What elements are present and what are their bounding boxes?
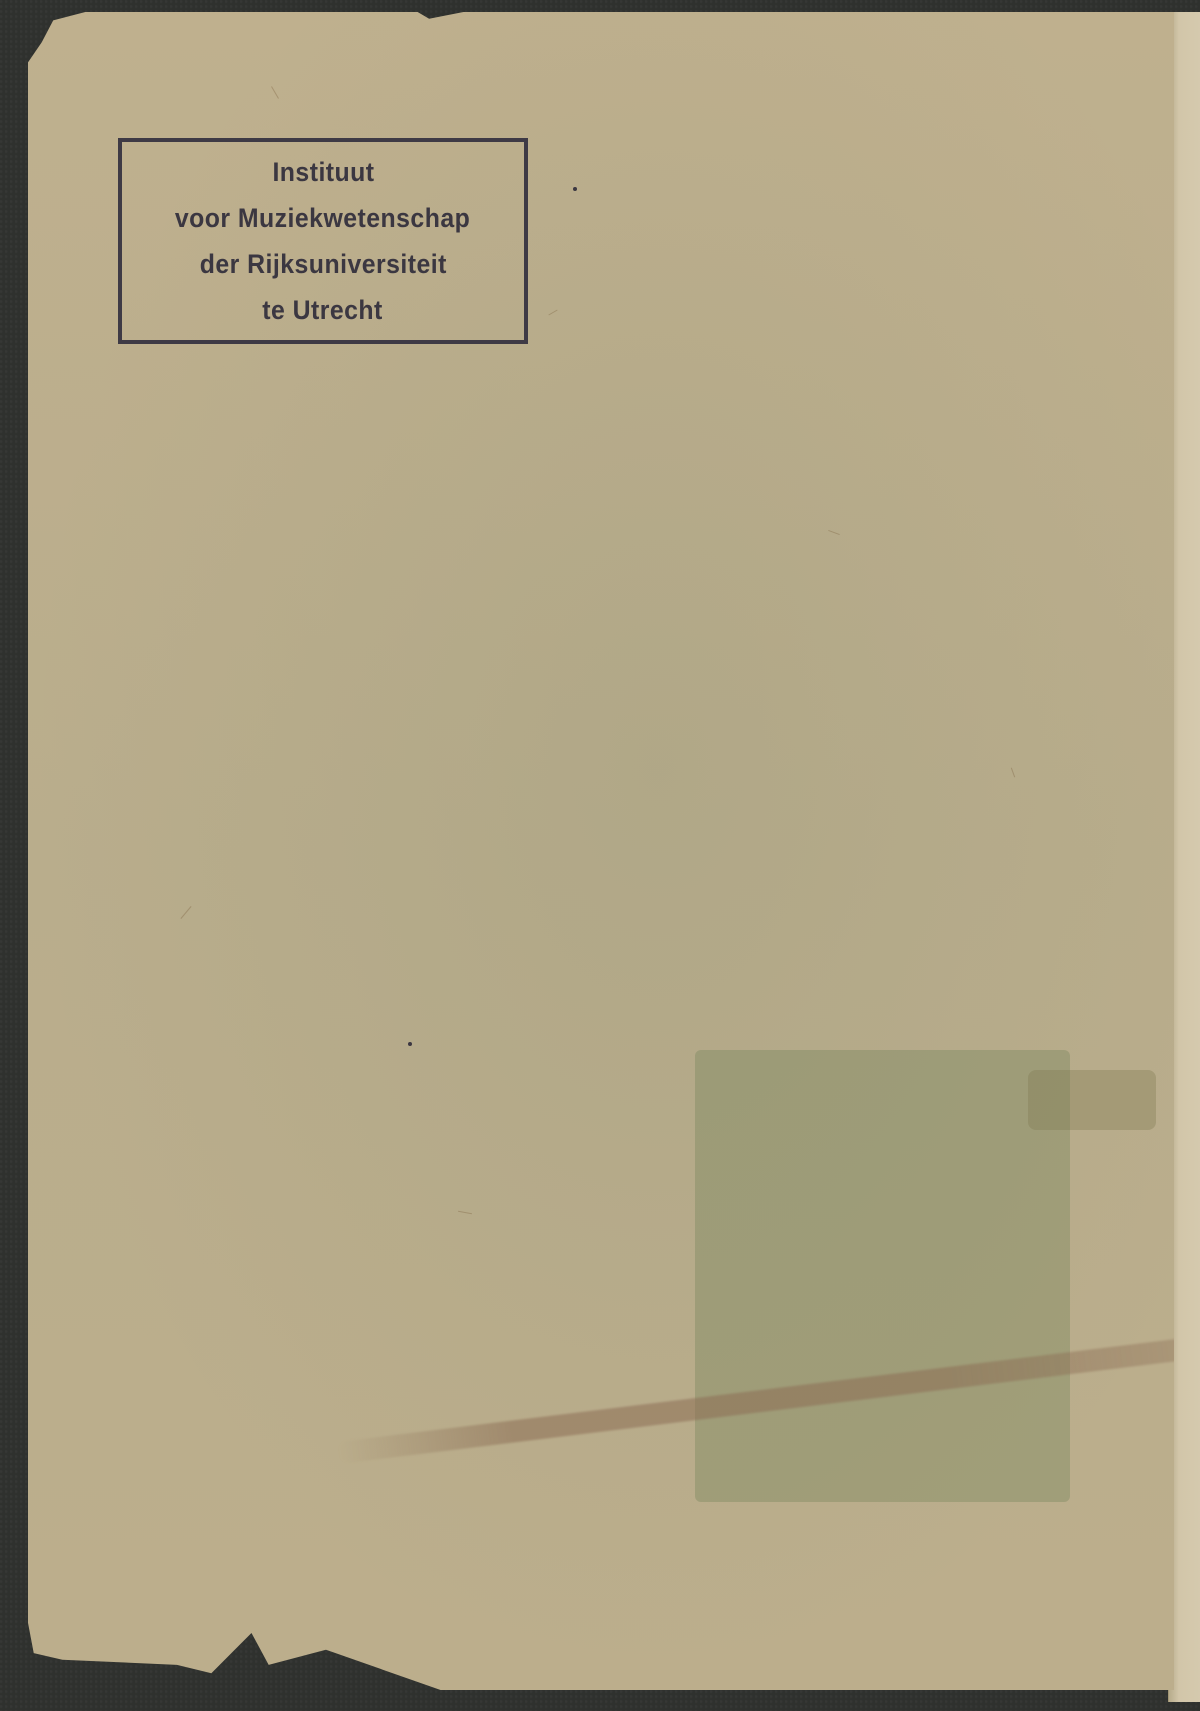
ink-speck — [408, 1042, 412, 1046]
stamp-line-3: der Rijksuniversiteit — [199, 241, 446, 287]
water-stain-edge — [1028, 1070, 1156, 1130]
library-stamp: Instituut voor Muziekwetenschap der Rijk… — [118, 138, 528, 344]
ink-speck — [573, 187, 577, 191]
document-page: Instituut voor Muziekwetenschap der Rijk… — [28, 12, 1174, 1690]
water-stain — [695, 1050, 1070, 1502]
stamp-line-2: voor Muziekwetenschap — [175, 195, 470, 241]
stamp-line-4: te Utrecht — [263, 287, 384, 333]
stamp-line-1: Instituut — [272, 149, 374, 195]
